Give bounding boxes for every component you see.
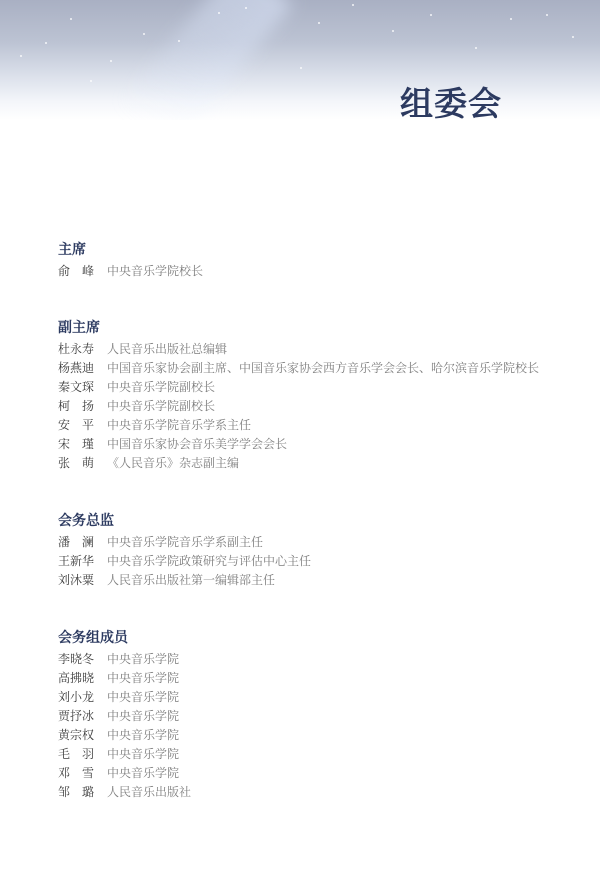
- section-title: 主席: [58, 240, 203, 260]
- member-name: 秦文琛: [58, 378, 107, 397]
- member-name: 杜永寿: [58, 340, 107, 359]
- member-name: 毛 羽: [58, 745, 107, 764]
- star-decoration: [70, 18, 72, 20]
- star-decoration: [110, 60, 112, 62]
- star-decoration: [430, 14, 432, 16]
- member-role: 中央音乐学院副校长: [107, 378, 215, 397]
- member-role: 中国音乐家协会音乐美学学会会长: [107, 435, 287, 454]
- member-name: 王新华: [58, 552, 107, 571]
- member-role: 中央音乐学院副校长: [107, 397, 215, 416]
- star-decoration: [20, 55, 22, 57]
- member-name: 李晓冬: [58, 650, 107, 669]
- member-row: 刘小龙 中央音乐学院: [58, 688, 191, 707]
- member-name: 潘 澜: [58, 533, 107, 552]
- member-role: 中央音乐学院: [107, 745, 179, 764]
- member-name: 邹 璐: [58, 783, 107, 802]
- member-row: 贾抒冰 中央音乐学院: [58, 707, 191, 726]
- section-vice-chairmen: 副主席 杜永寿 人民音乐出版社总编辑 杨燕迪 中国音乐家协会副主席、中国音乐家协…: [58, 318, 539, 473]
- member-role: 中央音乐学院音乐学系主任: [107, 416, 251, 435]
- member-row: 杨燕迪 中国音乐家协会副主席、中国音乐家协会西方音乐学会会长、哈尔滨音乐学院校长: [58, 359, 539, 378]
- member-role: 中央音乐学院政策研究与评估中心主任: [107, 552, 311, 571]
- section-title: 会务组成员: [58, 628, 191, 648]
- member-role: 人民音乐出版社第一编辑部主任: [107, 571, 275, 590]
- star-decoration: [392, 30, 394, 32]
- member-name: 柯 扬: [58, 397, 107, 416]
- section-conference-staff: 会务组成员 李晓冬 中央音乐学院 高拂晓 中央音乐学院 刘小龙 中央音乐学院 贾…: [58, 628, 191, 802]
- member-row: 安 平 中央音乐学院音乐学系主任: [58, 416, 539, 435]
- star-decoration: [143, 33, 145, 35]
- star-decoration: [572, 36, 574, 38]
- member-role: 《人民音乐》杂志副主编: [107, 454, 239, 473]
- member-name: 俞 峰: [58, 262, 107, 281]
- member-role: 人民音乐出版社: [107, 783, 191, 802]
- member-role: 中央音乐学院: [107, 764, 179, 783]
- page-title: 组委会: [400, 78, 502, 125]
- member-role: 中央音乐学院: [107, 707, 179, 726]
- member-row: 秦文琛 中央音乐学院副校长: [58, 378, 539, 397]
- member-row: 刘沐粟 人民音乐出版社第一编辑部主任: [58, 571, 311, 590]
- star-decoration: [45, 42, 47, 44]
- member-name: 贾抒冰: [58, 707, 107, 726]
- star-decoration: [510, 18, 512, 20]
- star-decoration: [245, 7, 247, 9]
- member-row: 宋 瑾 中国音乐家协会音乐美学学会会长: [58, 435, 539, 454]
- member-row: 黄宗权 中央音乐学院: [58, 726, 191, 745]
- star-decoration: [178, 40, 180, 42]
- member-role: 中央音乐学院校长: [107, 262, 203, 281]
- star-decoration: [90, 80, 92, 82]
- star-decoration: [475, 47, 477, 49]
- member-row: 毛 羽 中央音乐学院: [58, 745, 191, 764]
- member-name: 刘小龙: [58, 688, 107, 707]
- star-decoration: [300, 67, 302, 69]
- member-role: 人民音乐出版社总编辑: [107, 340, 227, 359]
- section-conference-directors: 会务总监 潘 澜 中央音乐学院音乐学系副主任 王新华 中央音乐学院政策研究与评估…: [58, 511, 311, 590]
- section-chairman: 主席 俞 峰 中央音乐学院校长: [58, 240, 203, 281]
- section-title: 会务总监: [58, 511, 311, 531]
- member-name: 安 平: [58, 416, 107, 435]
- member-name: 宋 瑾: [58, 435, 107, 454]
- member-row: 邹 璐 人民音乐出版社: [58, 783, 191, 802]
- member-role: 中央音乐学院: [107, 726, 179, 745]
- member-row: 邓 雪 中央音乐学院: [58, 764, 191, 783]
- member-role: 中国音乐家协会副主席、中国音乐家协会西方音乐学会会长、哈尔滨音乐学院校长: [107, 359, 539, 378]
- member-name: 邓 雪: [58, 764, 107, 783]
- member-name: 黄宗权: [58, 726, 107, 745]
- member-name: 高拂晓: [58, 669, 107, 688]
- starry-header-background: [0, 0, 600, 120]
- star-decoration: [352, 4, 354, 6]
- section-title: 副主席: [58, 318, 539, 338]
- member-row: 潘 澜 中央音乐学院音乐学系副主任: [58, 533, 311, 552]
- light-beam-decoration: [117, 0, 293, 120]
- member-row: 柯 扬 中央音乐学院副校长: [58, 397, 539, 416]
- member-name: 张 萌: [58, 454, 107, 473]
- member-row: 高拂晓 中央音乐学院: [58, 669, 191, 688]
- member-row: 杜永寿 人民音乐出版社总编辑: [58, 340, 539, 359]
- member-row: 张 萌 《人民音乐》杂志副主编: [58, 454, 539, 473]
- star-decoration: [318, 22, 320, 24]
- member-row: 俞 峰 中央音乐学院校长: [58, 262, 203, 281]
- member-row: 李晓冬 中央音乐学院: [58, 650, 191, 669]
- star-decoration: [546, 14, 548, 16]
- member-name: 杨燕迪: [58, 359, 107, 378]
- member-role: 中央音乐学院音乐学系副主任: [107, 533, 263, 552]
- member-name: 刘沐粟: [58, 571, 107, 590]
- member-row: 王新华 中央音乐学院政策研究与评估中心主任: [58, 552, 311, 571]
- member-role: 中央音乐学院: [107, 650, 179, 669]
- member-role: 中央音乐学院: [107, 688, 179, 707]
- member-role: 中央音乐学院: [107, 669, 179, 688]
- star-decoration: [218, 12, 220, 14]
